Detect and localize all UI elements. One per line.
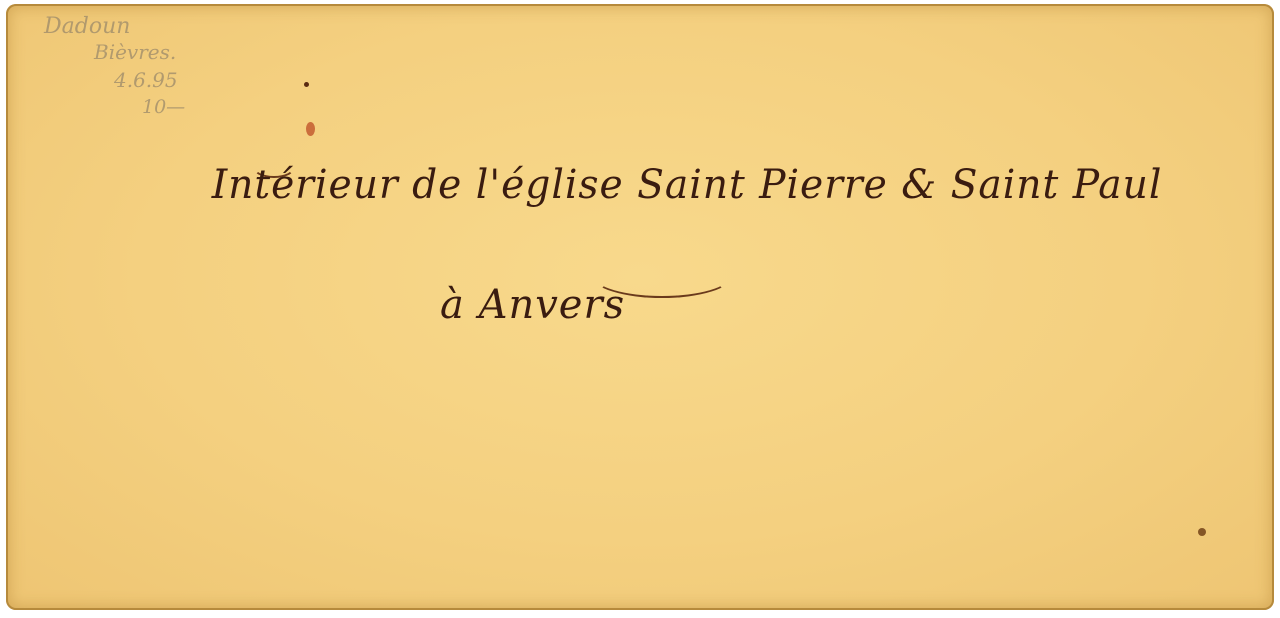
stain — [1198, 528, 1206, 536]
pencil-note-name: Dadoun — [44, 16, 130, 38]
inscription-line-2: à Anvers — [440, 282, 625, 328]
pencil-note-date: 4.6.95 — [114, 70, 178, 90]
inscription-line-1: Intérieur de l'église Saint Pierre & Sai… — [212, 162, 1163, 208]
stain — [306, 122, 315, 136]
pencil-note-place: Bièvres. — [94, 42, 176, 62]
antique-card: Dadoun Bièvres. 4.6.95 10— Intérieur de … — [6, 4, 1274, 610]
pencil-note-price: 10— — [142, 98, 185, 117]
stain — [304, 82, 309, 87]
